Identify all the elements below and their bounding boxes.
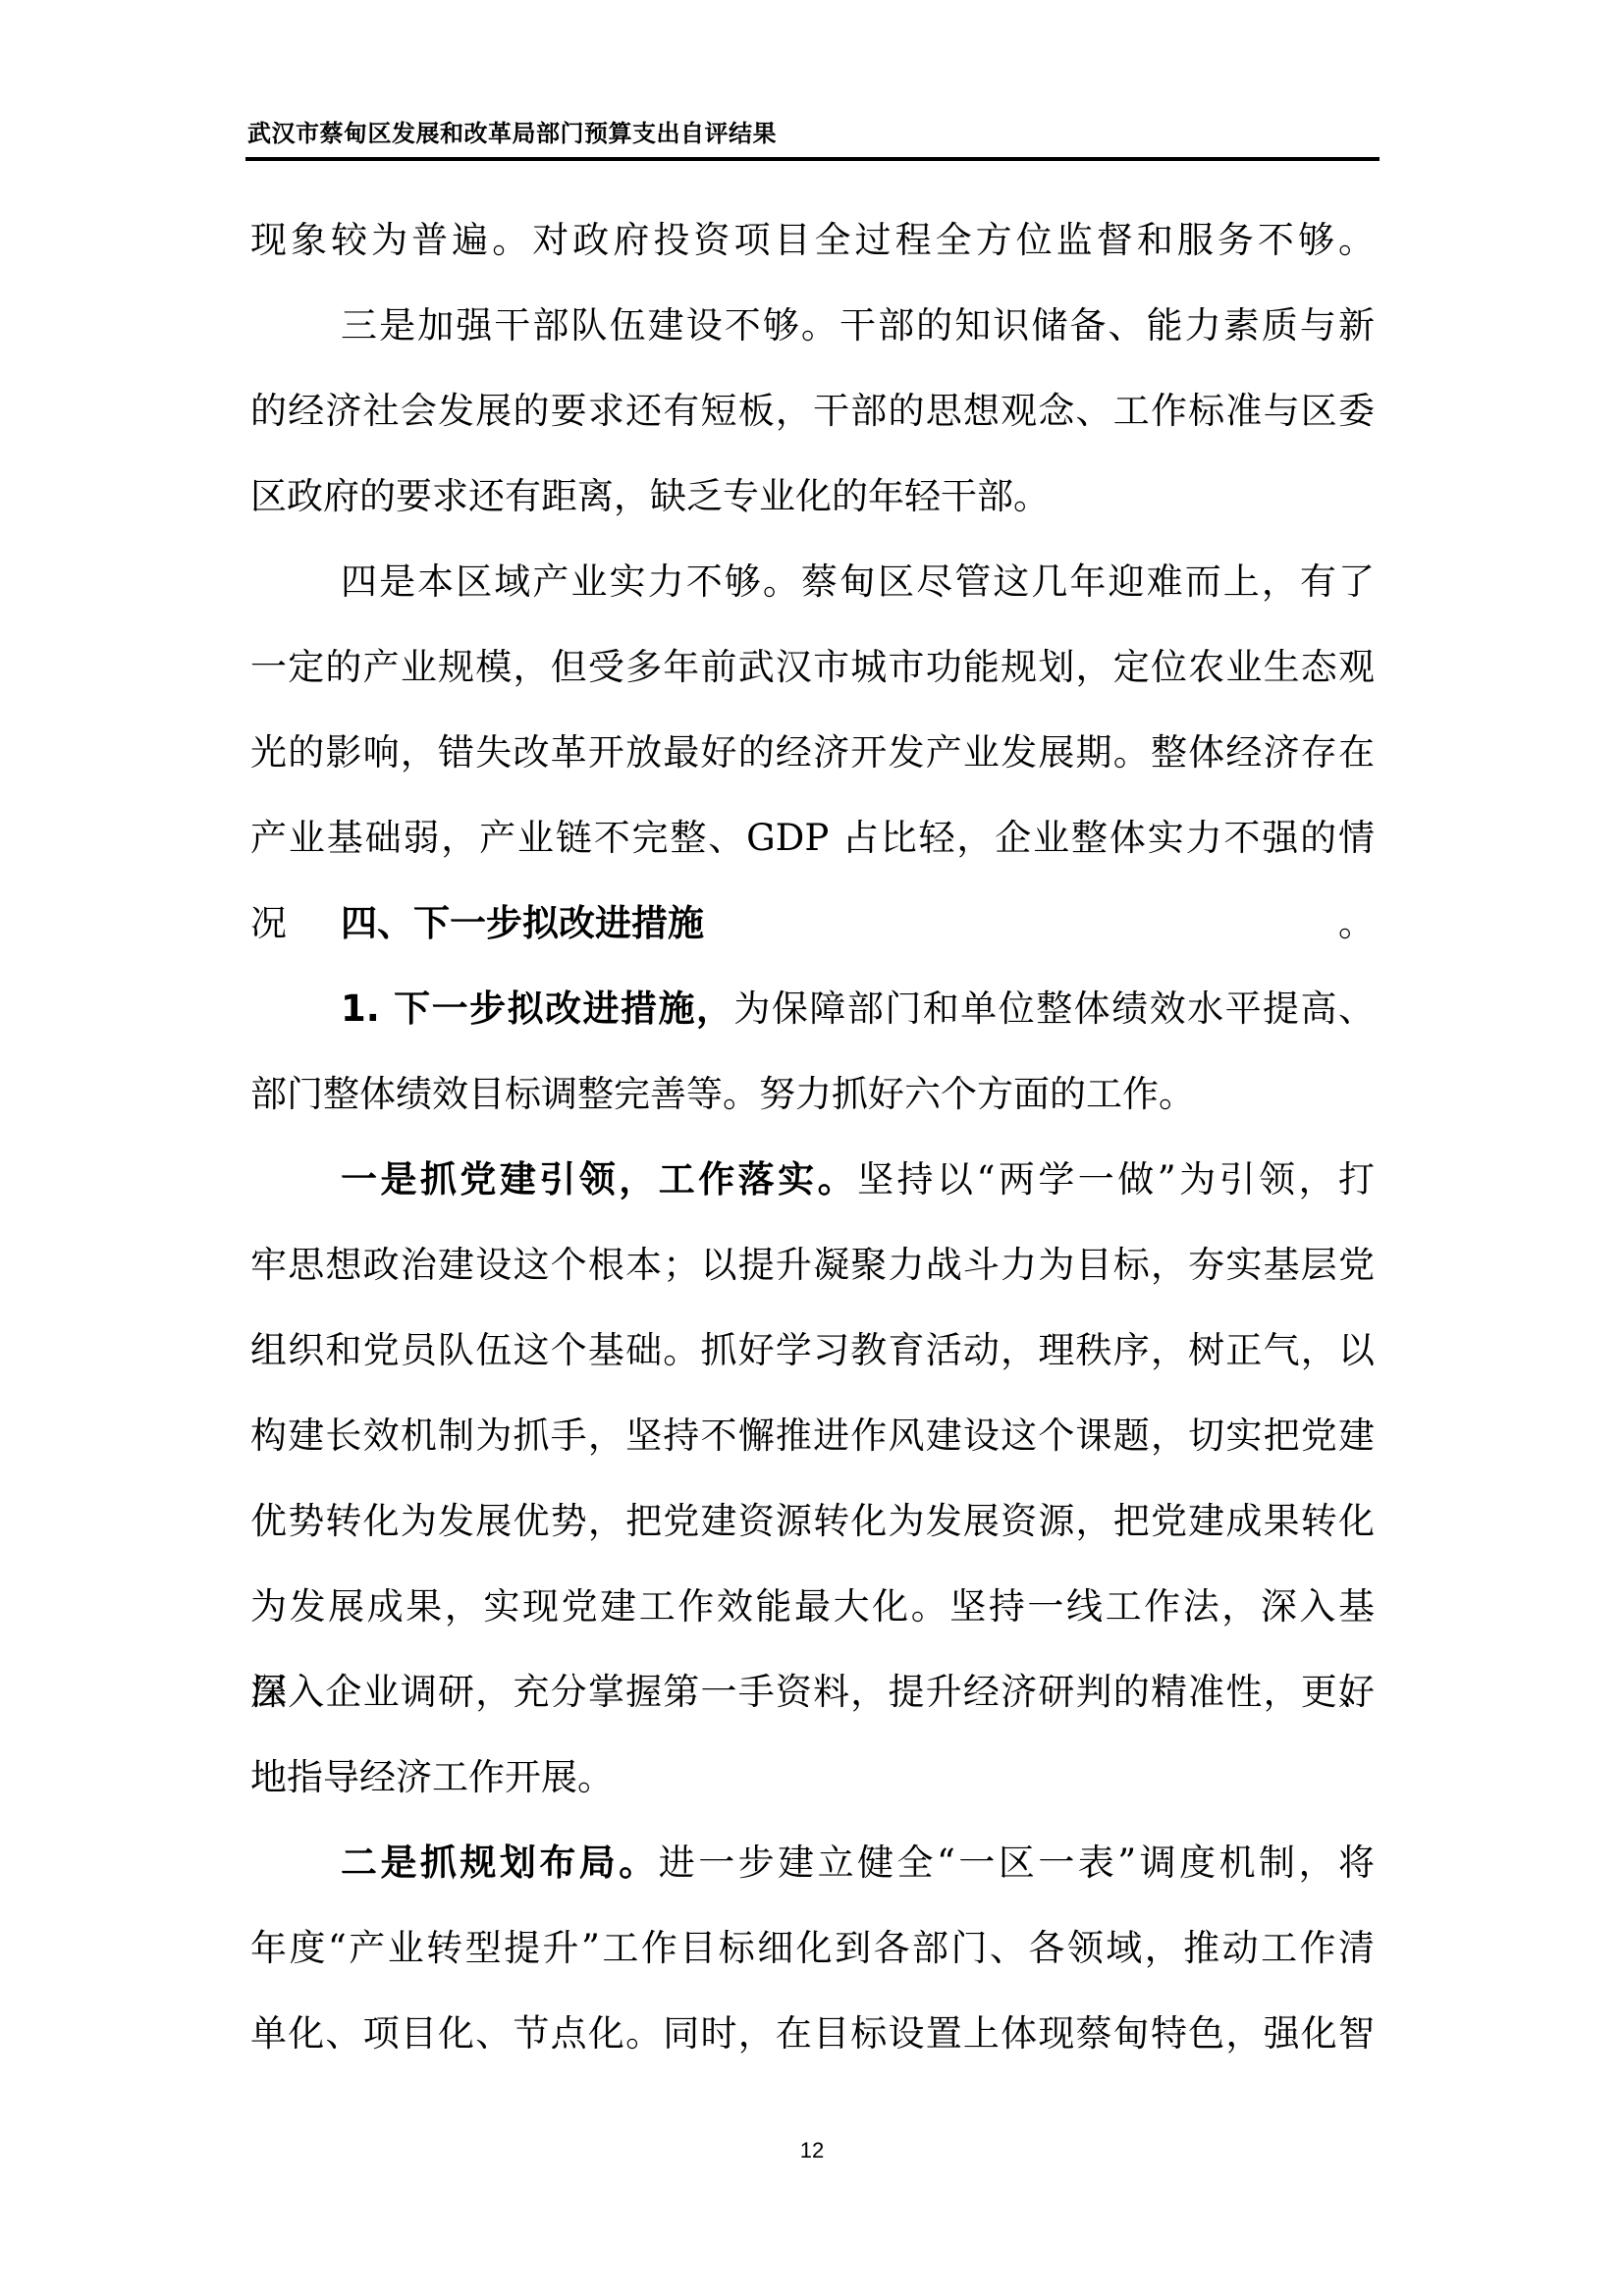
paragraph-start-line: 二是抓规划布局。进一步建立健全“一区一表”调度机制，将 [250, 1820, 1375, 1905]
text-line: 优势转化为发展优势，把党建资源转化为发展资源，把党建成果转化 [250, 1478, 1375, 1564]
paragraph-start-line: 1. 下一步拟改进措施，为保障部门和单位整体绩效水平提高、 [250, 966, 1375, 1051]
bold-lead-in: 1. 下一步拟改进措施， [341, 988, 733, 1030]
body-text: 现象较为普遍。对政府投资项目全过程全方位监督和服务不够。 三是加强干部队伍建设不… [250, 197, 1375, 2076]
paragraph-end-line: 产业基础弱，产业链不完整、GDP 占比轻，企业整体实力不强的情况。 [250, 795, 1375, 881]
bold-lead-in: 二是抓规划布局。 [341, 1842, 659, 1884]
text-line: 构建长效机制为抓手，坚持不懈推进作风建设这个课题，切实把党建 [250, 1393, 1375, 1478]
paragraph-end-line: 区政府的要求还有距离，缺乏专业化的年轻干部。 [250, 454, 1375, 539]
running-header-title: 武汉市蔡甸区发展和改革局部门预算支出自评结果 [247, 116, 777, 151]
text-line: 的经济社会发展的要求还有短板，干部的思想观念、工作标准与区委 [250, 368, 1375, 454]
paragraph-end-line: 地指导经济工作开展。 [250, 1735, 1375, 1820]
page-number: 12 [0, 2138, 1624, 2163]
text-line: 深入企业调研，充分掌握第一手资料，提升经济研判的精准性，更好 [250, 1649, 1375, 1735]
text-line: 现象较为普遍。对政府投资项目全过程全方位监督和服务不够。 [250, 197, 1375, 283]
paragraph-start-line: 四是本区域产业实力不够。蔡甸区尽管这几年迎难而上，有了 [250, 539, 1375, 624]
document-page: 武汉市蔡甸区发展和改革局部门预算支出自评结果 现象较为普遍。对政府投资项目全过程… [0, 0, 1624, 2296]
paragraph-start-line: 三是加强干部队伍建设不够。干部的知识储备、能力素质与新 [250, 283, 1375, 368]
paragraph-end-line: 部门整体绩效目标调整完善等。努力抓好六个方面的工作。 [250, 1051, 1375, 1137]
text-line: 年度“产业转型提升”工作目标细化到各部门、各领域，推动工作清 [250, 1905, 1375, 1991]
text-line: 光的影响，错失改革开放最好的经济开发产业发展期。整体经济存在 [250, 710, 1375, 795]
text-line: 组织和党员队伍这个基础。抓好学习教育活动，理秩序，树正气，以 [250, 1308, 1375, 1393]
header-divider [245, 157, 1380, 161]
text-line: 单化、项目化、节点化。同时，在目标设置上体现蔡甸特色，强化智 [250, 1991, 1375, 2076]
bold-lead-in: 一是抓党建引领，工作落实。 [341, 1158, 857, 1201]
text-line: 一定的产业规模，但受多年前武汉市城市功能规划，定位农业生态观 [250, 624, 1375, 710]
paragraph-start-line: 一是抓党建引领，工作落实。坚持以“两学一做”为引领，打 [250, 1137, 1375, 1222]
text-line: 牢思想政治建设这个根本；以提升凝聚力战斗力为目标，夯实基层党 [250, 1222, 1375, 1308]
text-line: 为发展成果，实现党建工作效能最大化。坚持一线工作法，深入基层、 [250, 1564, 1375, 1649]
